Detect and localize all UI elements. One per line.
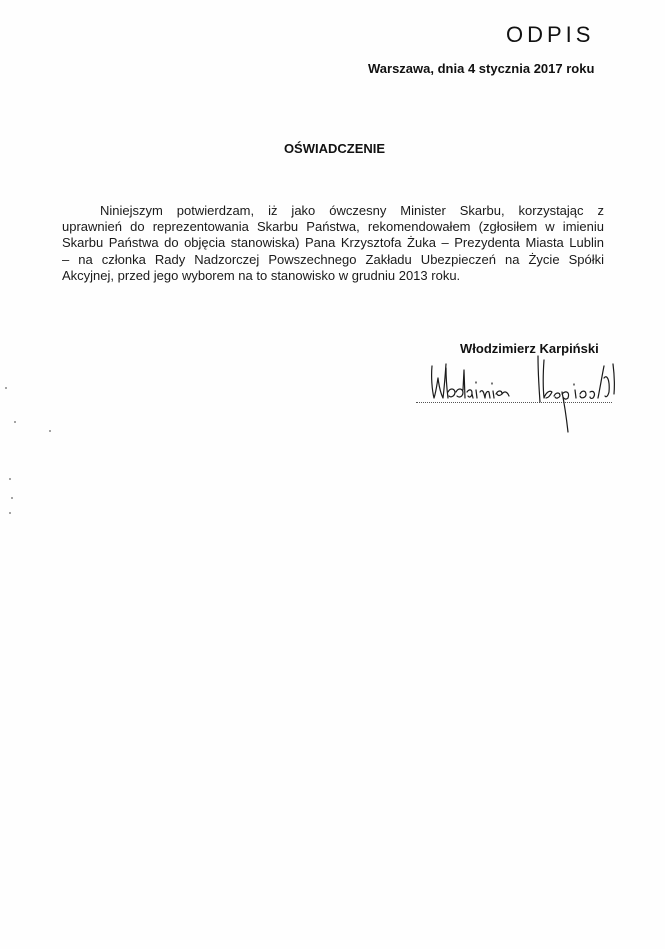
scan-speck (9, 512, 11, 514)
scan-speck (11, 497, 13, 499)
scan-speck (5, 387, 7, 389)
paragraph-line: Skarbu Państwa do objęcia stanowiska) Pa… (62, 235, 604, 251)
paragraph-line: Akcyjnej, przed jego wyborem na to stano… (62, 268, 604, 284)
paragraph-line: Niniejszym potwierdzam, iż jako ówczesny… (62, 203, 604, 219)
document-title: OŚWIADCZENIE (0, 141, 665, 156)
paragraph-line: uprawnień do reprezentowania Skarbu Pańs… (62, 219, 604, 235)
document-page: ODPIS Warszawa, dnia 4 stycznia 2017 rok… (0, 0, 665, 949)
place-and-date: Warszawa, dnia 4 stycznia 2017 roku (368, 61, 594, 76)
scan-speck (49, 430, 51, 432)
paragraph-line: – na członka Rady Nadzorczej Powszechneg… (62, 252, 604, 268)
signature-icon (410, 352, 630, 437)
statement-paragraph: Niniejszym potwierdzam, iż jako ówczesny… (62, 203, 604, 284)
scan-speck (9, 478, 11, 480)
scan-speck (14, 421, 16, 423)
copy-stamp: ODPIS (506, 22, 594, 48)
